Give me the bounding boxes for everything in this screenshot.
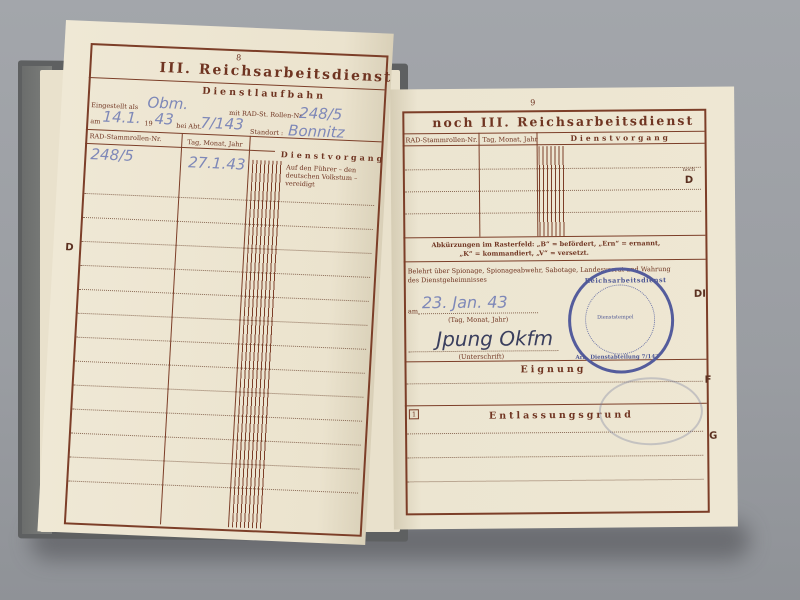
margin-letter-d: D: [65, 242, 74, 253]
left-page-number: 8: [236, 53, 242, 62]
am-label: am: [408, 307, 418, 315]
margin-letter-di: DI: [694, 289, 706, 300]
stamp-bottom-text: Arb. Dienstabteilung 7/143: [575, 354, 659, 361]
row1-dienstvorgang: Auf den Führer – den deutschen Volkstum …: [285, 163, 376, 191]
right-page: 9 noch III. Reichsarbeitsdienst RAD-Stam…: [390, 87, 738, 530]
am-value: 14.1.: [102, 108, 141, 128]
official-stamp: Reichsarbeitsdienst Dienststempel Arb. D…: [568, 267, 675, 374]
margin-letter-g: G: [709, 431, 717, 442]
col-header-dienstvorgang: Dienstvorgang: [570, 133, 670, 143]
year-prefix: 19: [144, 119, 153, 127]
stamp-top-text: Reichsarbeitsdienst: [585, 276, 667, 285]
margin-note-noch: noch: [683, 167, 695, 173]
belehrt-date: 23. Jan. 43: [422, 292, 508, 312]
row1-stammrollen: 248/5: [90, 145, 134, 165]
bei-abt-value: 7/143: [200, 114, 244, 134]
right-page-number: 9: [530, 98, 535, 107]
left-page: 8 III. Reichsarbeitsdienst Dienstlaufbah…: [37, 20, 393, 545]
col-header-datum: Tag, Monat, Jahr: [482, 135, 537, 143]
margin-letter-f: F: [705, 375, 712, 386]
bei-abt-label: bei Abt.: [176, 122, 202, 131]
right-page-title: noch III. Reichsarbeitsdienst: [432, 113, 694, 130]
row1-datum: 27.1.43: [188, 153, 246, 173]
am-label: am: [90, 117, 100, 125]
belehrt-text-line2: des Dienstgeheimnisses: [408, 276, 487, 285]
signature: Jpung Okfm: [436, 326, 553, 351]
stammrollen-value: 248/5: [299, 104, 343, 124]
abbreviations-line2: „K“ = kommandiert, „V“ = versetzt.: [459, 249, 588, 258]
eignung-title: Eignung: [520, 364, 586, 376]
stamp-center-text: Dienststempel: [597, 314, 633, 320]
col-header-stammrollen: RAD-Stammrollen-Nr.: [405, 136, 477, 145]
date-caption: (Tag, Monat, Jahr): [448, 315, 508, 324]
entlassung-number: 1: [409, 409, 419, 419]
margin-letter-d: D: [685, 175, 693, 186]
year-value: 43: [154, 110, 174, 129]
